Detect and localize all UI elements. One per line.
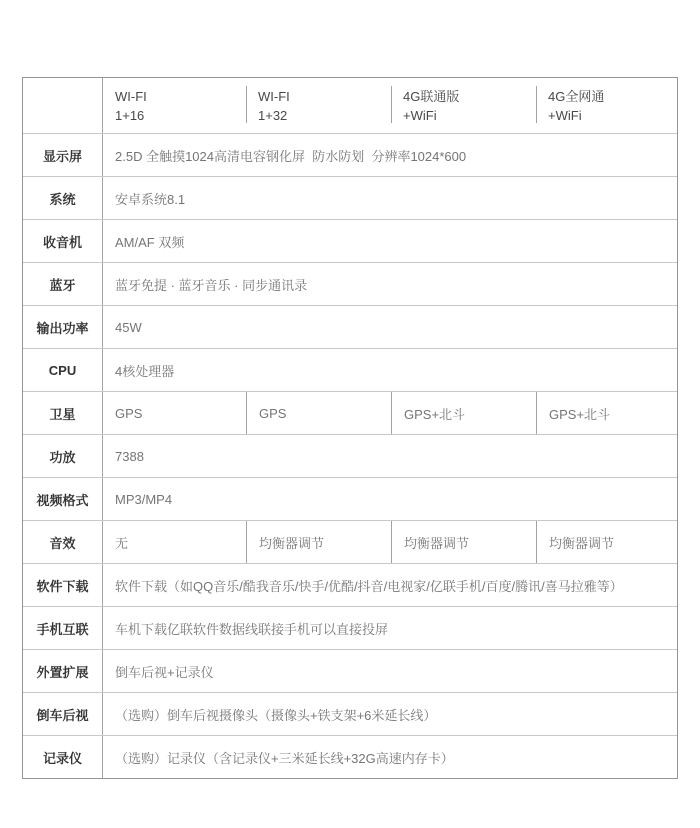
column-header-line1: WI-FI — [115, 87, 147, 106]
row-value: AM/AF 双频 — [103, 220, 677, 262]
row-label: 系统 — [23, 177, 103, 219]
spec-row-amplifier: 功放 7388 — [23, 434, 677, 477]
row-value: （选购）倒车后视摄像头（摄像头+铁支架+6米延长线） — [103, 693, 677, 735]
row-value: 45W — [103, 306, 677, 348]
spec-row-bluetooth: 蓝牙 蓝牙免提 · 蓝牙音乐 · 同步通讯录 — [23, 262, 677, 305]
spec-row-sound-effect: 音效 无 均衡器调节 均衡器调节 均衡器调节 — [23, 520, 677, 563]
column-header-line1: 4G联通版 — [403, 87, 459, 106]
spec-row-satellite: 卫星 GPS GPS GPS+北斗 GPS+北斗 — [23, 391, 677, 434]
column-header-4g-unicom: 4G联通版 +WiFi — [391, 78, 536, 133]
spec-row-cpu: CPU 4核处理器 — [23, 348, 677, 391]
row-value: 倒车后视+记录仪 — [103, 650, 677, 692]
row-value: 7388 — [103, 435, 677, 477]
spec-row-external-expansion: 外置扩展 倒车后视+记录仪 — [23, 649, 677, 692]
spec-row-system: 系统 安卓系统8.1 — [23, 176, 677, 219]
row-value: （选购）记录仪（含记录仪+三米延长线+32G高速内存卡） — [103, 736, 677, 778]
row-label: 倒车后视 — [23, 693, 103, 735]
row-label: CPU — [23, 349, 103, 391]
row-value-col1: GPS — [103, 392, 246, 434]
row-value: 软件下载（如QQ音乐/酷我音乐/快手/优酷/抖音/电视家/亿联手机/百度/腾讯/… — [103, 564, 677, 606]
column-header-line2: +WiFi — [403, 106, 459, 125]
header-corner-cell — [23, 78, 103, 133]
row-label: 软件下载 — [23, 564, 103, 606]
row-label: 功放 — [23, 435, 103, 477]
row-label: 输出功率 — [23, 306, 103, 348]
spec-row-dash-cam: 记录仪 （选购）记录仪（含记录仪+三米延长线+32G高速内存卡） — [23, 735, 677, 778]
row-value-col3: 均衡器调节 — [391, 521, 536, 563]
spec-row-phone-interconnect: 手机互联 车机下载亿联软件数据线联接手机可以直接投屏 — [23, 606, 677, 649]
column-header-line1: WI-FI — [258, 87, 290, 106]
row-value-col2: GPS — [246, 392, 391, 434]
row-value-col3: GPS+北斗 — [391, 392, 536, 434]
row-value: MP3/MP4 — [103, 478, 677, 520]
row-value: 4核处理器 — [103, 349, 677, 391]
row-value: 车机下载亿联软件数据线联接手机可以直接投屏 — [103, 607, 677, 649]
spec-row-display: 显示屏 2.5D 全触摸1024高清电容钢化屏 防水防划 分辨率1024*600 — [23, 133, 677, 176]
column-header-wifi-1-16: WI-FI 1+16 — [103, 78, 246, 133]
row-value-col2: 均衡器调节 — [246, 521, 391, 563]
row-value: 蓝牙免提 · 蓝牙音乐 · 同步通讯录 — [103, 263, 677, 305]
row-value-col1: 无 — [103, 521, 246, 563]
column-header-line2: +WiFi — [548, 106, 604, 125]
spec-row-software-download: 软件下载 软件下载（如QQ音乐/酷我音乐/快手/优酷/抖音/电视家/亿联手机/百… — [23, 563, 677, 606]
column-header-line2: 1+16 — [115, 106, 147, 125]
row-value: 2.5D 全触摸1024高清电容钢化屏 防水防划 分辨率1024*600 — [103, 134, 677, 176]
row-label: 蓝牙 — [23, 263, 103, 305]
spec-row-video-format: 视频格式 MP3/MP4 — [23, 477, 677, 520]
row-label: 卫星 — [23, 392, 103, 434]
row-value-col4: GPS+北斗 — [536, 392, 677, 434]
row-label: 记录仪 — [23, 736, 103, 778]
column-header-4g-all-network: 4G全网通 +WiFi — [536, 78, 677, 133]
row-label: 音效 — [23, 521, 103, 563]
spec-comparison-table: WI-FI 1+16 WI-FI 1+32 4G联通版 +WiFi 4G全网通 … — [22, 77, 678, 779]
column-header-line1: 4G全网通 — [548, 87, 604, 106]
spec-row-radio: 收音机 AM/AF 双频 — [23, 219, 677, 262]
header-row: WI-FI 1+16 WI-FI 1+32 4G联通版 +WiFi 4G全网通 … — [23, 78, 677, 133]
row-value: 安卓系统8.1 — [103, 177, 677, 219]
row-label: 视频格式 — [23, 478, 103, 520]
spec-row-rear-view: 倒车后视 （选购）倒车后视摄像头（摄像头+铁支架+6米延长线） — [23, 692, 677, 735]
row-value-col4: 均衡器调节 — [536, 521, 677, 563]
column-header-line2: 1+32 — [258, 106, 290, 125]
row-label: 手机互联 — [23, 607, 103, 649]
row-label: 显示屏 — [23, 134, 103, 176]
row-label: 收音机 — [23, 220, 103, 262]
column-header-wifi-1-32: WI-FI 1+32 — [246, 78, 391, 133]
row-label: 外置扩展 — [23, 650, 103, 692]
spec-row-output-power: 输出功率 45W — [23, 305, 677, 348]
